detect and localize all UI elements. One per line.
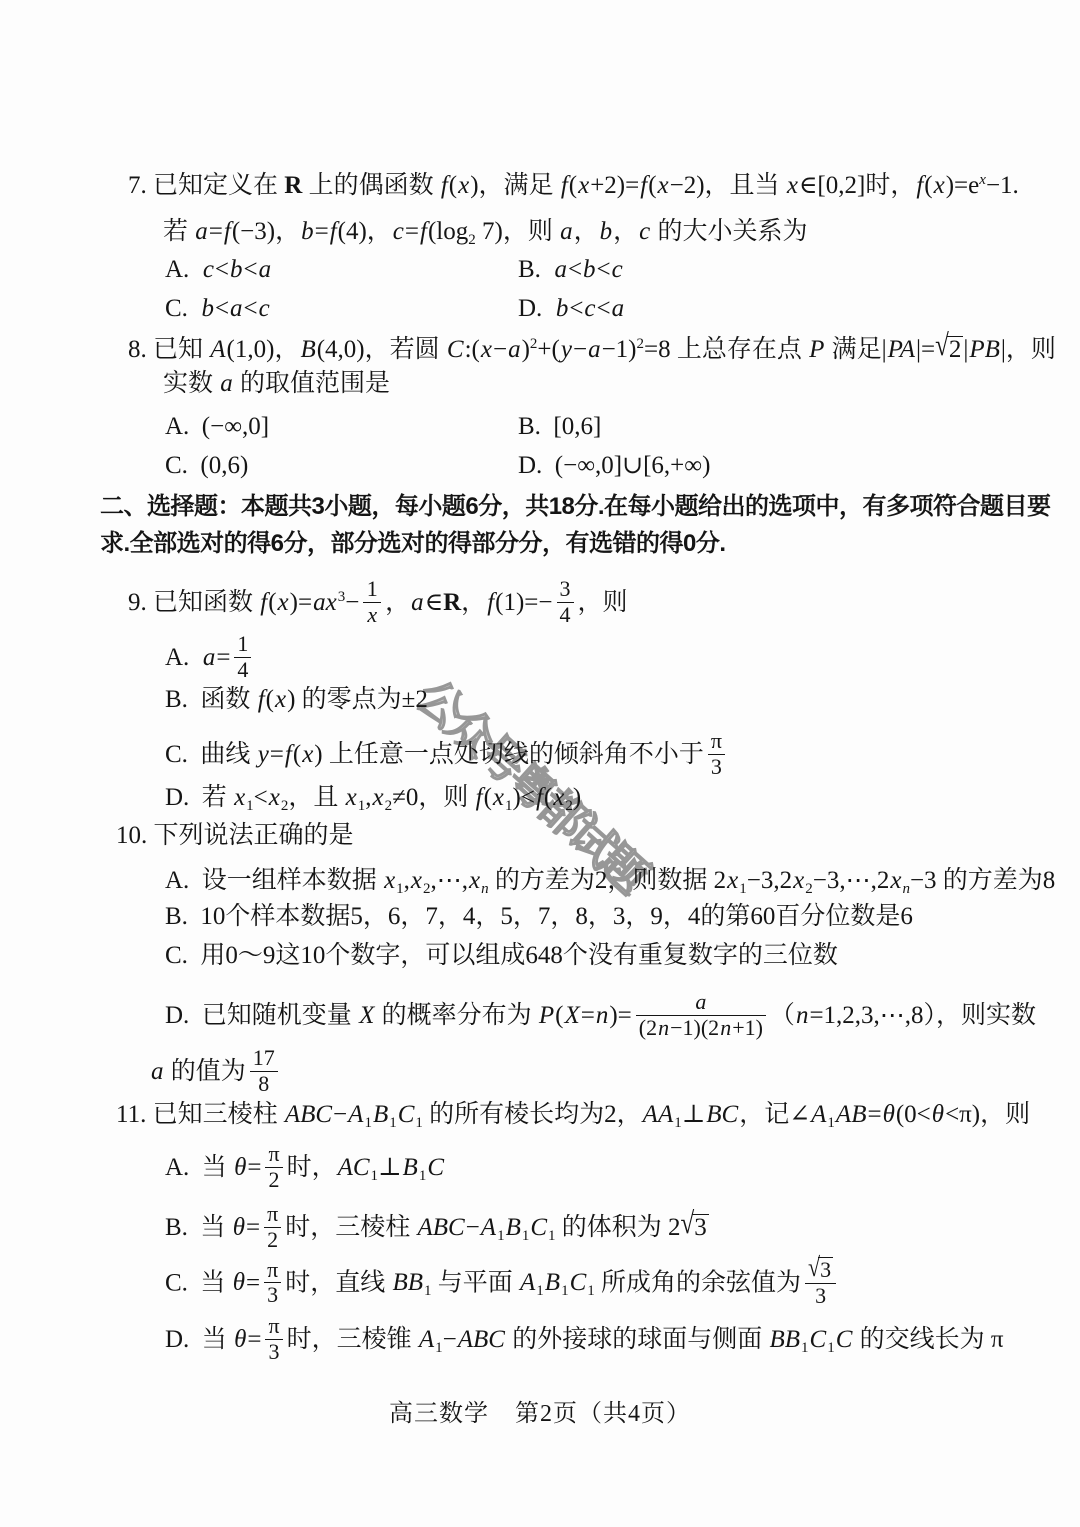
- math-sqrt: √3: [808, 1257, 833, 1282]
- text-run: 二、选择题：本题共3小题，每小题6分，共18分.在每小题给出的选项中，有多项符合…: [100, 493, 1051, 520]
- subscript: 2: [281, 798, 289, 814]
- text-run: 10. 下列说法正确的是: [116, 822, 354, 849]
- text-run: 时，直线: [285, 1269, 391, 1296]
- math-var: x: [933, 172, 946, 199]
- text-run: 所成角的余弦值为: [595, 1269, 801, 1296]
- text-run: 求.全部选对的得6分，部分选对的得部分分，有选错的得0分.: [100, 530, 726, 557]
- math-var: a: [410, 589, 425, 616]
- text-run: <: [215, 295, 229, 322]
- subscript: 2: [468, 232, 476, 248]
- text-run: )=: [290, 589, 312, 616]
- text-run: 17: [253, 1045, 275, 1070]
- superscript: 3: [338, 589, 346, 605]
- text-run: (: [648, 172, 656, 199]
- text-run: ,: [404, 867, 410, 894]
- text-run: 上的偶函数: [302, 172, 440, 199]
- math-var: a: [611, 295, 626, 322]
- math-var: x: [383, 867, 396, 894]
- math-var: C: [397, 1101, 416, 1128]
- math-var: n: [595, 1002, 610, 1029]
- subscript: 1: [497, 1228, 505, 1244]
- text-run: 3: [269, 1339, 280, 1364]
- subscript: 1: [396, 881, 404, 897]
- text-run: A. (−∞,0]: [165, 413, 269, 440]
- text-run: 8. 已知: [128, 336, 209, 363]
- text-run-bold: R: [443, 589, 461, 616]
- math-var: a: [507, 336, 522, 363]
- text-run: (log: [428, 218, 468, 245]
- text-run: C. (0,6): [165, 452, 248, 479]
- text-run: )，满足: [470, 172, 560, 199]
- math-var: C: [809, 1326, 828, 1353]
- text-run: ) 上任意一点处切线的倾斜角不小于: [314, 741, 704, 768]
- text-run: 7)，则: [476, 218, 559, 245]
- text-run: A.: [165, 644, 202, 671]
- text-run: 的交线长为 π: [853, 1326, 1003, 1353]
- question-11-option-d: D. 当 θ=π3时，三棱锥 A1−ABC 的外接球的球面与侧面 BB1C1C …: [165, 1316, 1004, 1366]
- text-run: )<: [513, 784, 535, 811]
- text-run: B. 函数: [165, 686, 257, 713]
- math-var: X: [358, 1002, 375, 1029]
- text-run: 2: [269, 1167, 280, 1192]
- math-var: n: [795, 1002, 810, 1029]
- text-run: B.: [518, 256, 553, 283]
- text-run: :(: [465, 336, 480, 363]
- text-run: 2: [949, 336, 962, 363]
- math-var: f: [259, 589, 268, 616]
- text-run: <: [215, 256, 229, 283]
- math-var: AA: [642, 1101, 675, 1128]
- text-run: 3: [694, 1214, 707, 1241]
- math-fraction: 14: [234, 632, 251, 682]
- text-run: =: [246, 1214, 260, 1241]
- text-run: <: [244, 256, 258, 283]
- text-run: D.: [518, 295, 555, 322]
- math-fraction: π3: [264, 1258, 281, 1308]
- question-9-option-d: D. 若 x1<x2，且 x1,x2≠0，则 f(x1)<f(x2): [165, 781, 581, 818]
- subscript: n: [902, 881, 910, 897]
- text-run: =: [216, 644, 230, 671]
- text-run: 与平面: [432, 1269, 520, 1296]
- text-run: ,: [365, 784, 371, 811]
- text-run-bold: R: [284, 172, 302, 199]
- math-fraction: π3: [265, 1314, 282, 1364]
- text-run: (: [484, 784, 492, 811]
- math-var: x: [889, 867, 902, 894]
- subscript: 1: [505, 798, 513, 814]
- text-run: 4: [560, 602, 571, 627]
- subscript: 1: [827, 1340, 835, 1356]
- text-run: −3,⋯,2: [813, 867, 890, 894]
- text-run: ⊥: [378, 1154, 402, 1181]
- question-8-option-a: A. (−∞,0]: [165, 410, 269, 444]
- text-run: (2: [639, 1015, 657, 1040]
- math-var: c: [392, 218, 405, 245]
- question-7-stem-line-1: 7. 已知定义在 R 上的偶函数 f(x)，满足 f(x+2)=f(x−2)，且…: [128, 169, 1019, 206]
- math-var: f: [475, 784, 484, 811]
- text-run: −1)(2: [670, 1015, 719, 1040]
- math-var: θ: [232, 1214, 246, 1241]
- text-run: <: [597, 256, 611, 283]
- text-run: (: [449, 172, 457, 199]
- text-run: 11. 已知三棱柱: [116, 1101, 284, 1128]
- text-run: D. (−∞,0]∪[6,+∞): [518, 452, 710, 479]
- text-run: 3: [711, 754, 722, 779]
- text-run: <: [568, 256, 582, 283]
- text-run: π: [267, 1201, 278, 1226]
- text-run: =8 上总存在点: [644, 336, 808, 363]
- text-run: =: [270, 741, 284, 768]
- text-run: ⊥: [682, 1101, 706, 1128]
- subscript: n: [481, 881, 489, 897]
- text-run: B. [0,6]: [518, 413, 601, 440]
- math-var: BB: [391, 1269, 424, 1296]
- superscript: 2: [637, 336, 645, 352]
- fraction-numerator: π: [265, 1142, 282, 1167]
- footer-page-number: 第2页（共4页）: [515, 1401, 691, 1427]
- math-var: n: [719, 1015, 732, 1040]
- math-sqrt: √3: [681, 1214, 709, 1241]
- subscript: 2: [805, 881, 813, 897]
- math-var: c: [258, 295, 271, 322]
- fraction-denominator: 3: [708, 754, 725, 780]
- text-run: +1): [732, 1015, 763, 1040]
- text-run: D. 若: [165, 784, 233, 811]
- text-run: (: [569, 172, 577, 199]
- page-footer: 高三数学第2页（共4页）: [0, 1393, 1080, 1428]
- math-var: b: [300, 218, 315, 245]
- radicand: 3: [692, 1214, 709, 1241]
- text-run: π: [268, 1141, 279, 1166]
- text-run: (: [544, 784, 552, 811]
- text-run: π: [711, 728, 722, 753]
- math-var: x: [345, 784, 358, 811]
- question-11-stem: 11. 已知三棱柱 ABC−A1B1C1 的所有棱长均为2，AA1⊥BC，记∠A…: [116, 1098, 1030, 1135]
- text-run: =: [581, 1002, 595, 1029]
- math-var: A: [209, 336, 226, 363]
- math-var: b: [229, 256, 244, 283]
- math-var: θ: [931, 1101, 945, 1128]
- math-var: C: [446, 336, 465, 363]
- fraction-numerator: 3: [557, 577, 574, 602]
- text-run: （: [770, 1002, 795, 1029]
- fraction-denominator: 3: [265, 1339, 282, 1365]
- text-run: 的体积为 2: [556, 1214, 681, 1241]
- math-fraction: 34: [557, 577, 574, 627]
- superscript: 2: [530, 336, 538, 352]
- math-var: f: [329, 218, 338, 245]
- footer-course-label: 高三数学: [389, 1401, 489, 1427]
- text-run: <: [569, 295, 583, 322]
- math-var: a: [587, 336, 602, 363]
- math-var: x: [372, 784, 385, 811]
- subscript: 1: [561, 1283, 569, 1299]
- math-var: B: [372, 1101, 389, 1128]
- math-var: A: [519, 1269, 536, 1296]
- question-9-option-b: B. 函数 f(x) 的零点为±2: [165, 683, 428, 717]
- text-run: =: [247, 1326, 261, 1353]
- question-9-option-a: A. a=14: [165, 634, 255, 684]
- math-fraction: π2: [264, 1202, 281, 1252]
- math-var: B: [544, 1269, 561, 1296]
- text-run: ∈: [425, 589, 444, 616]
- text-run: 的外接球的球面与侧面: [506, 1326, 769, 1353]
- math-var: BC: [705, 1101, 739, 1128]
- text-run: A.: [165, 256, 202, 283]
- text-run: (1,0)，: [227, 336, 300, 363]
- math-var: C: [569, 1269, 588, 1296]
- math-fraction: 178: [250, 1046, 278, 1096]
- superscript: x: [979, 172, 986, 188]
- math-var: PA: [887, 336, 916, 363]
- text-run: 的所有棱长均为2，: [423, 1101, 642, 1128]
- math-var: a: [202, 644, 217, 671]
- math-var: P: [808, 336, 825, 363]
- question-8-stem-line-1: 8. 已知 A(1,0)，B(4,0)，若圆 C:(x−a)2+(y−a−1)2…: [128, 333, 1056, 370]
- math-var: f: [535, 784, 544, 811]
- subscript: 1: [371, 1168, 379, 1184]
- text-run: ): [522, 336, 530, 363]
- section-2-header-line-1: 二、选择题：本题共3小题，每小题6分，共18分.在每小题给出的选项中，有多项符合…: [100, 490, 1051, 524]
- text-run: ，记∠: [739, 1101, 810, 1128]
- text-run: (4,0)，若圆: [317, 336, 446, 363]
- math-sqrt: √2: [935, 336, 963, 363]
- subscript: 1: [364, 1115, 372, 1131]
- text-run: <: [244, 295, 258, 322]
- question-10-option-c: C. 用0～9这10个数字，可以组成648个没有重复数字的三位数: [165, 939, 838, 973]
- math-var: b: [599, 218, 614, 245]
- subscript: 2: [423, 881, 431, 897]
- subscript: 1: [358, 798, 366, 814]
- fraction-numerator: a: [636, 990, 766, 1015]
- text-run: −: [333, 1101, 347, 1128]
- text-run: −: [443, 1326, 457, 1353]
- math-fraction: √33: [805, 1257, 836, 1308]
- text-run: (4)，: [338, 218, 392, 245]
- text-run: −3 的方差为8: [910, 867, 1055, 894]
- text-run: ，: [574, 218, 599, 245]
- math-var: c: [202, 256, 215, 283]
- fraction-numerator: π: [708, 729, 725, 754]
- text-run: D. 当: [165, 1326, 233, 1353]
- math-var: BB: [768, 1326, 801, 1353]
- math-var: A: [418, 1326, 435, 1353]
- math-var: x: [786, 172, 799, 199]
- math-var: f: [440, 172, 449, 199]
- text-run: 8: [258, 1071, 269, 1096]
- math-var: x: [726, 867, 739, 894]
- math-var: f: [486, 589, 495, 616]
- math-var: B: [299, 336, 316, 363]
- subscript: 1: [424, 1283, 432, 1299]
- subscript: 1: [739, 881, 747, 897]
- math-var: C: [529, 1214, 548, 1241]
- math-var: P: [538, 1002, 555, 1029]
- math-var: f: [284, 741, 293, 768]
- math-fraction: π3: [708, 729, 725, 779]
- math-var: x: [552, 784, 565, 811]
- radicand: 2: [947, 336, 964, 363]
- subscript: 1: [548, 1228, 556, 1244]
- math-var: f: [915, 172, 924, 199]
- math-var: x: [492, 784, 505, 811]
- math-var: x: [301, 741, 314, 768]
- math-var: PB: [968, 336, 1001, 363]
- subscript: 1: [389, 1115, 397, 1131]
- text-run: 的方差为2，则数据 2: [489, 867, 727, 894]
- text-run: 9. 已知函数: [128, 589, 259, 616]
- text-run: −: [573, 336, 587, 363]
- subscript: 1: [522, 1228, 530, 1244]
- question-8-option-b: B. [0,6]: [518, 410, 601, 444]
- question-10-option-d-line-1: D. 已知随机变量 X 的概率分布为 P(X=n)=a(2n−1)(2n+1)（…: [165, 992, 1036, 1042]
- math-var: X: [563, 1002, 580, 1029]
- fraction-denominator: 4: [557, 602, 574, 628]
- text-run: ，则: [578, 589, 628, 616]
- question-9-stem: 9. 已知函数 f(x)=ax3−1x，a∈R，f(1)=−34，则: [128, 579, 628, 629]
- math-var: f: [223, 218, 232, 245]
- fraction-numerator: √3: [805, 1257, 836, 1283]
- math-var: f: [257, 686, 266, 713]
- question-7-option-c: C. b<a<c: [165, 292, 271, 326]
- subscript: 1: [415, 1115, 423, 1131]
- math-var: θ: [233, 1326, 247, 1353]
- text-run: −: [466, 1214, 480, 1241]
- text-run: ，: [385, 589, 410, 616]
- subscript: 2: [385, 798, 393, 814]
- math-fraction: 1x: [363, 577, 381, 627]
- question-10-option-b: B. 10个样本数据5，6，7，4，5，7，8，3，9，4的第60百分位数是6: [165, 900, 913, 934]
- math-var: x: [577, 172, 590, 199]
- math-var: x: [657, 172, 670, 199]
- radical-sign-icon: √: [808, 1253, 820, 1283]
- text-run: 时，三棱柱: [285, 1214, 416, 1241]
- math-var: c: [583, 295, 596, 322]
- math-var: b: [555, 295, 570, 322]
- text-run: 若: [163, 218, 194, 245]
- subscript: 1: [536, 1283, 544, 1299]
- text-run: −2)，且当: [670, 172, 786, 199]
- math-var: ABC: [416, 1214, 465, 1241]
- math-fraction: π2: [265, 1142, 282, 1192]
- text-run: C.: [165, 295, 200, 322]
- fraction-numerator: π: [264, 1258, 281, 1283]
- math-var: x: [792, 867, 805, 894]
- text-run: (−3)，: [232, 218, 300, 245]
- math-var: C: [426, 1154, 445, 1181]
- text-run: 满足|: [825, 336, 886, 363]
- question-9-option-c: C. 曲线 y=f(x) 上任意一点处切线的倾斜角不小于π3: [165, 731, 729, 781]
- text-run: )=e: [946, 172, 980, 199]
- text-run: 2: [267, 1227, 278, 1252]
- text-run: ∈[0,2]时，: [799, 172, 915, 199]
- fraction-denominator: 3: [264, 1282, 281, 1308]
- math-var: a: [194, 218, 209, 245]
- question-8-option-d: D. (−∞,0]∪[6,+∞): [518, 449, 710, 483]
- math-var: a: [229, 295, 244, 322]
- math-var: A: [480, 1214, 497, 1241]
- text-run: 时，: [287, 1154, 337, 1181]
- math-var: θ: [882, 1101, 896, 1128]
- math-var: B: [402, 1154, 419, 1181]
- text-run: 3: [820, 1257, 831, 1282]
- text-run: A. 当: [165, 1154, 233, 1181]
- math-var: x: [277, 589, 290, 616]
- text-run: ，: [461, 589, 486, 616]
- radical-sign-icon: √: [935, 326, 949, 367]
- question-11-option-a: A. 当 θ=π2时，AC1⊥B1C: [165, 1144, 445, 1194]
- math-var: a: [258, 256, 273, 283]
- question-7-option-d: D. b<c<a: [518, 292, 625, 326]
- text-run: −: [345, 589, 359, 616]
- subscript: 1: [246, 798, 254, 814]
- text-run: C. 曲线: [165, 741, 257, 768]
- text-run: |=: [916, 336, 935, 363]
- question-7-stem-line-2: 若 a=f(−3)，b=f(4)，c=f(log2 7)，则 a，b，c 的大小…: [163, 215, 807, 252]
- subscript: 1: [674, 1115, 682, 1131]
- math-var: f: [560, 172, 569, 199]
- text-run: 的概率分布为: [375, 1002, 538, 1029]
- math-var: c: [638, 218, 651, 245]
- text-run: <: [597, 295, 611, 322]
- question-10-option-d-line-2: a 的值为178: [150, 1048, 282, 1098]
- math-var: ABC: [284, 1101, 333, 1128]
- question-11-option-c: C. 当 θ=π3时，直线 BB1 与平面 A1B1C1 所成角的余弦值为√33: [165, 1259, 840, 1310]
- text-run: <: [254, 784, 268, 811]
- math-var: a: [553, 256, 568, 283]
- text-run: D. 已知随机变量: [165, 1002, 358, 1029]
- text-run: |，则: [1001, 336, 1056, 363]
- subscript: 1: [801, 1340, 809, 1356]
- text-run: −: [493, 336, 507, 363]
- question-10-stem: 10. 下列说法正确的是: [116, 819, 354, 853]
- math-var: n: [657, 1015, 670, 1040]
- radical-sign-icon: √: [681, 1203, 695, 1244]
- text-run: <π)，则: [945, 1101, 1030, 1128]
- math-var: f: [419, 218, 428, 245]
- math-var: AB: [835, 1101, 868, 1128]
- math-var: y: [560, 336, 573, 363]
- text-run: ，: [613, 218, 638, 245]
- text-run: ): [573, 784, 581, 811]
- text-run: =: [246, 1269, 260, 1296]
- question-8-stem-line-2: 实数 a 的取值范围是: [163, 367, 390, 401]
- math-var: x: [366, 602, 378, 627]
- fraction-denominator: 3: [805, 1283, 836, 1309]
- text-run: 时，三棱锥: [287, 1326, 418, 1353]
- question-7-option-a: A. c<b<a: [165, 253, 272, 287]
- math-var: B: [505, 1214, 522, 1241]
- text-run: 3: [560, 576, 571, 601]
- fraction-denominator: 2: [264, 1227, 281, 1253]
- math-var: a: [219, 370, 234, 397]
- question-7-option-b: B. a<b<c: [518, 253, 624, 287]
- text-run: −1.: [986, 172, 1019, 199]
- math-var: y: [257, 741, 270, 768]
- text-run: π: [267, 1257, 278, 1282]
- radicand: 3: [818, 1257, 833, 1281]
- text-run: 1: [367, 576, 378, 601]
- fraction-denominator: 2: [265, 1167, 282, 1193]
- fraction-denominator: x: [363, 602, 381, 628]
- fraction-numerator: π: [265, 1314, 282, 1339]
- text-run: B. 当: [165, 1214, 232, 1241]
- math-fraction: a(2n−1)(2n+1): [636, 990, 766, 1040]
- text-run: ,⋯,: [431, 867, 469, 894]
- subscript: 1: [419, 1168, 427, 1184]
- text-run: 4: [237, 657, 248, 682]
- math-var: θ: [233, 1154, 247, 1181]
